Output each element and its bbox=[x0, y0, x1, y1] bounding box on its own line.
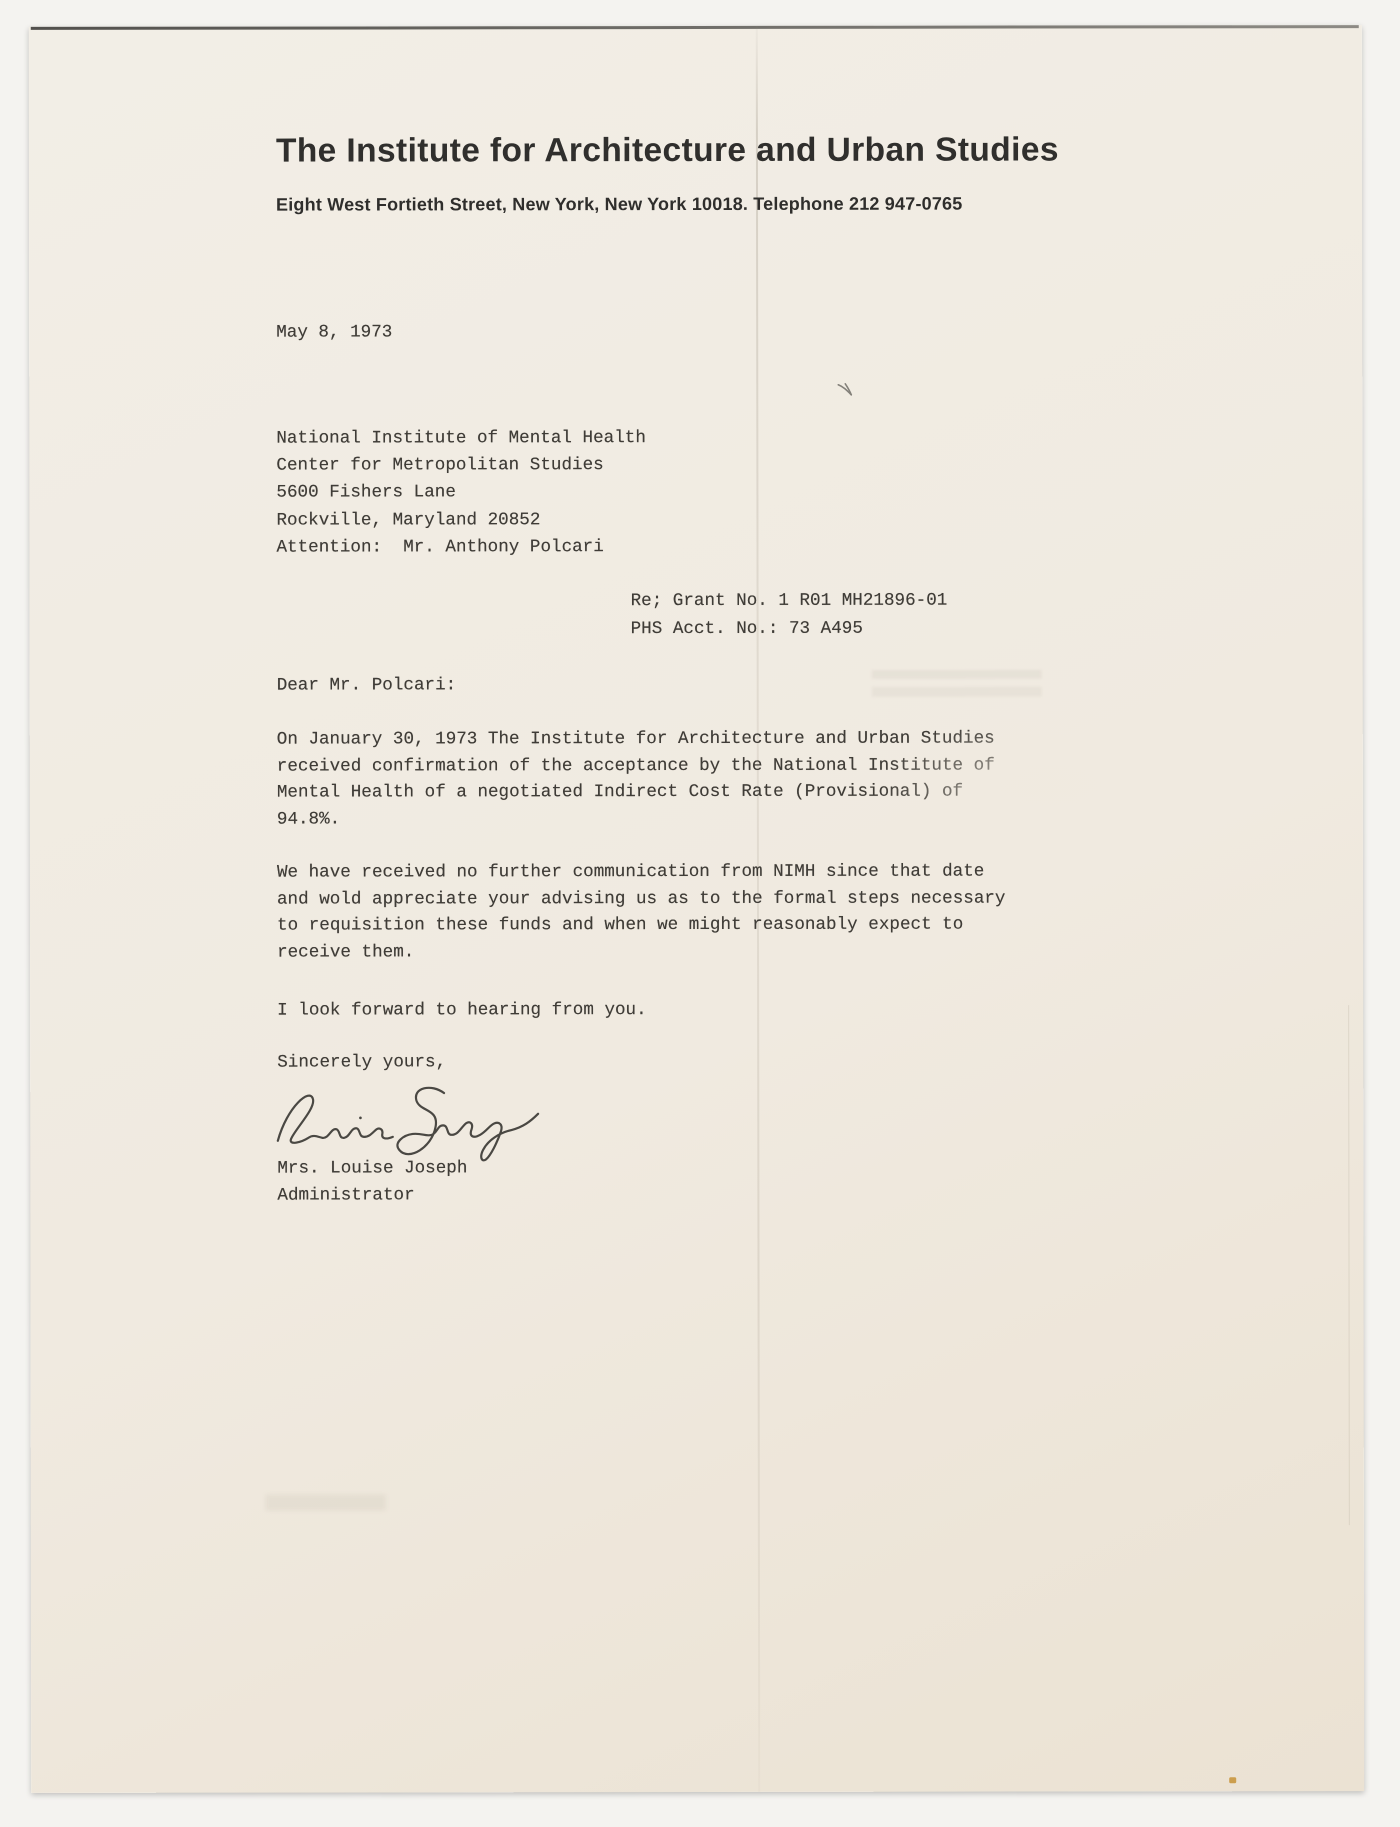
closing-line: Sincerely yours, bbox=[277, 1049, 446, 1076]
letter-page: The Institute for Architecture and Urban… bbox=[29, 25, 1364, 1793]
letterhead-organization: The Institute for Architecture and Urban… bbox=[276, 131, 1059, 170]
scanner-background: The Institute for Architecture and Urban… bbox=[0, 0, 1400, 1827]
paper-top-edge-shadow bbox=[31, 25, 1359, 30]
reference-block: Re; Grant No. 1 R01 MH21896-01 PHS Acct.… bbox=[631, 588, 948, 643]
body-paragraph-1: On January 30, 1973 The Institute for Ar… bbox=[277, 725, 1077, 832]
letter-date: May 8, 1973 bbox=[276, 319, 392, 346]
body-paragraph-3: I look forward to hearing from you. bbox=[277, 997, 647, 1024]
recipient-address-block: National Institute of Mental Health Cent… bbox=[276, 425, 646, 562]
bleedthrough-smudge-right bbox=[872, 654, 1042, 710]
signer-title: Administrator bbox=[277, 1182, 414, 1209]
letterhead-address: Eight West Fortieth Street, New York, Ne… bbox=[276, 194, 962, 216]
right-side-crease bbox=[1348, 1005, 1350, 1525]
salutation: Dear Mr. Polcari: bbox=[277, 672, 457, 699]
pen-tick-mark bbox=[835, 382, 855, 398]
signer-name: Mrs. Louise Joseph bbox=[277, 1155, 467, 1182]
bleedthrough-smudge-bottom bbox=[266, 1494, 386, 1510]
adhesive-dot bbox=[1229, 1777, 1236, 1783]
body-paragraph-2: We have received no further communicatio… bbox=[277, 858, 1077, 965]
